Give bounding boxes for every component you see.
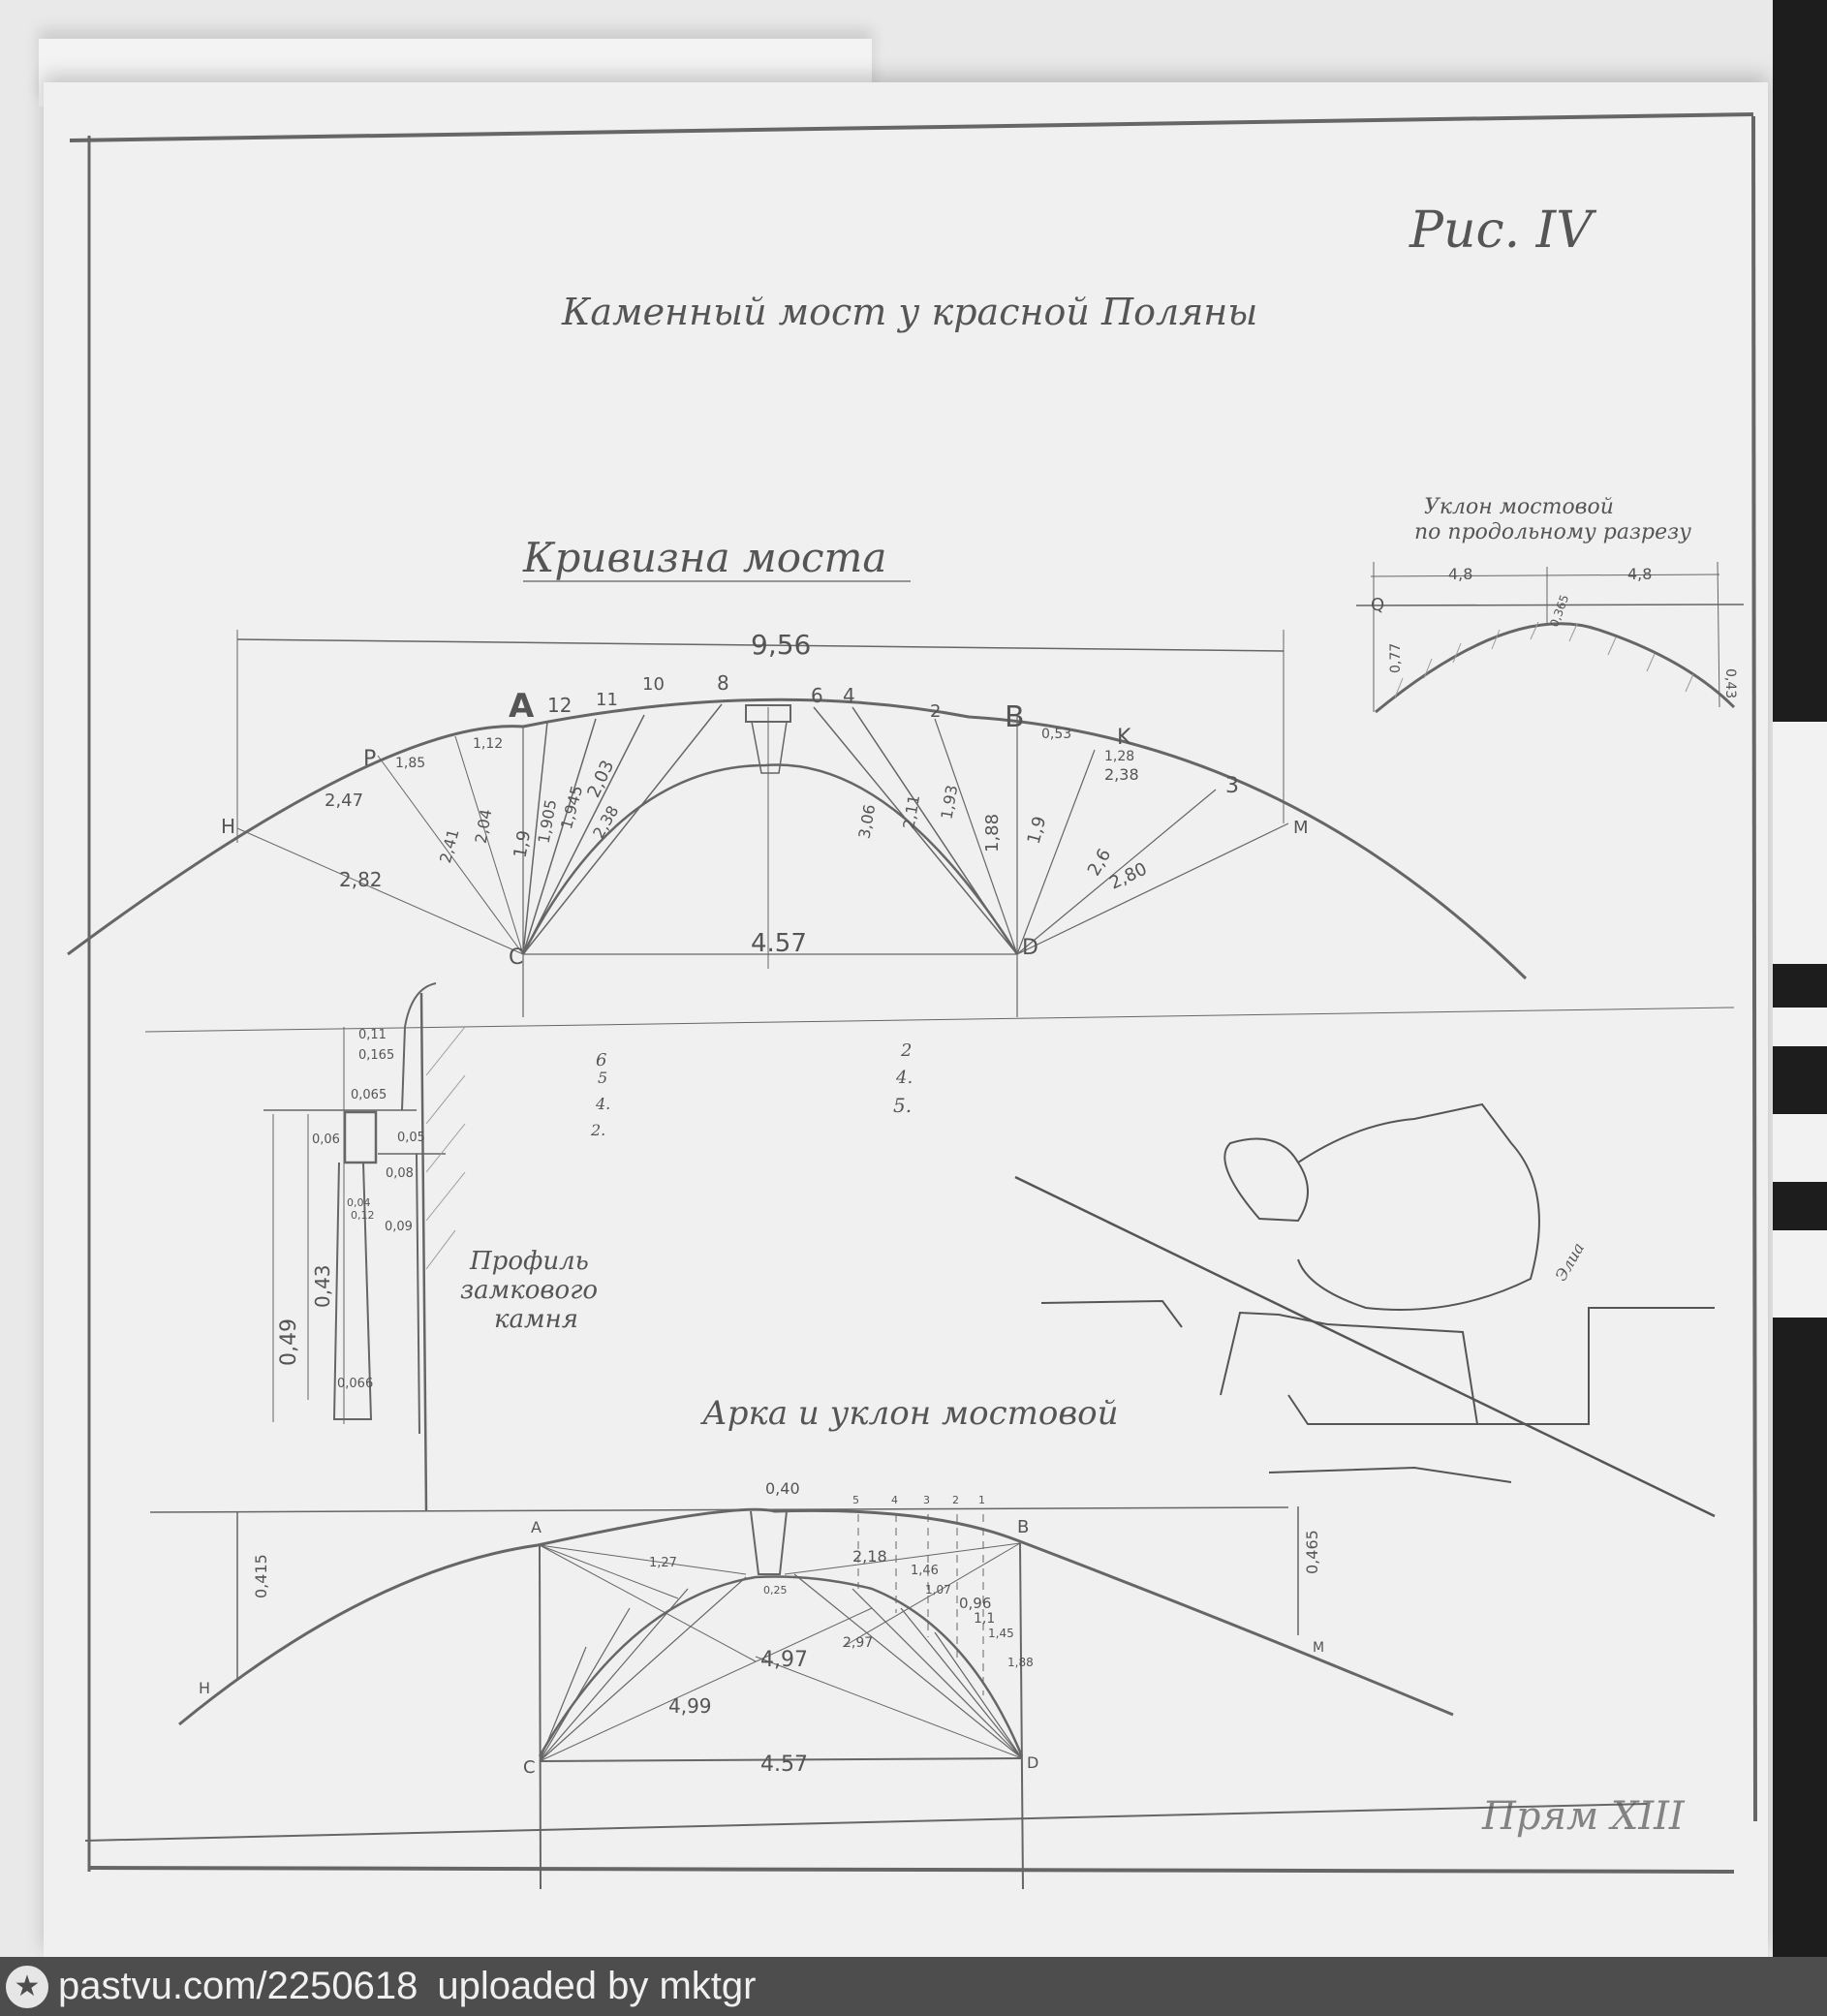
point-A: A — [509, 687, 535, 726]
arch-dim-2-18: 2,18 — [852, 1547, 887, 1566]
arch-right-rise: 0,465 — [1303, 1530, 1321, 1574]
slope-right-drop: 0,43 — [1722, 668, 1738, 698]
point-6: 6 — [811, 684, 823, 707]
ks-dim-0-066: 0,066 — [337, 1377, 373, 1391]
uploader-text: uploaded by mktgr — [437, 1965, 756, 2008]
dim-2-80: 2,80 — [1106, 859, 1150, 894]
point-H: H — [221, 815, 235, 838]
arch-point-A: A — [531, 1518, 542, 1536]
curvature-diagram — [68, 630, 1734, 1032]
dim-1-9-right: 1,9 — [1024, 814, 1051, 846]
keystone-title-line2: замкового — [460, 1276, 598, 1305]
ks-dim-0-12: 0,12 — [351, 1209, 375, 1222]
loose-num: 5. — [893, 1094, 912, 1117]
ks-dim-0-06: 0,06 — [312, 1132, 340, 1147]
arch-top-5: 5 — [852, 1494, 859, 1506]
dim-2-47: 2,47 — [325, 791, 363, 811]
dim-2-03: 2,03 — [583, 758, 618, 801]
dim-1-88: 1,88 — [982, 814, 1003, 853]
dim-3-06: 3,06 — [854, 803, 879, 840]
point-8: 8 — [717, 671, 729, 695]
ks-dim-0-165: 0,165 — [358, 1048, 394, 1063]
arch-top-3: 3 — [923, 1494, 930, 1506]
point-P: P — [363, 747, 376, 771]
loose-num: 5 — [598, 1069, 607, 1087]
point-B: B — [1005, 700, 1025, 734]
figure-label: Рис. IV — [1409, 202, 1596, 260]
slope-left-drop: 0,77 — [1388, 643, 1404, 673]
dim-1-9: 1,9 — [510, 829, 535, 860]
loose-num: 4. — [595, 1095, 610, 1113]
ks-dim-0-08: 0,08 — [386, 1166, 414, 1181]
figure-sketch — [1015, 1104, 1715, 1516]
point-12: 12 — [547, 694, 572, 717]
dim-1-28: 1,28 — [1104, 749, 1134, 764]
source-footer: ★ pastvu.com/2250618 uploaded by mktgr — [0, 1957, 1827, 2016]
ks-dim-0-05: 0,05 — [397, 1131, 425, 1145]
frame-top — [70, 114, 1753, 140]
star-icon: ★ — [6, 1966, 48, 2008]
keystone-profile-diagram — [263, 983, 446, 1511]
ks-dim-0-04: 0,04 — [347, 1196, 371, 1209]
loose-num: 2 — [900, 1040, 912, 1061]
ks-dim-0-065: 0,065 — [351, 1088, 387, 1102]
loose-num: 4. — [895, 1068, 913, 1088]
frame-right — [1753, 116, 1755, 1821]
ks-dim-0-49: 0,49 — [277, 1318, 301, 1366]
arch-point-M: M — [1313, 1640, 1324, 1656]
ks-dim-0-09: 0,09 — [385, 1220, 413, 1234]
curvature-base-span: 4.57 — [751, 929, 807, 958]
point-3: 3 — [1225, 774, 1239, 798]
point-4: 4 — [843, 684, 855, 707]
dim-2-11: 2,11 — [899, 793, 923, 830]
frame-bottom — [89, 1868, 1734, 1872]
slope-diagram — [1356, 562, 1744, 712]
ks-dim-0-43: 0,43 — [311, 1264, 334, 1308]
keystone-title-line1: Профиль — [469, 1247, 589, 1276]
point-K: K — [1117, 726, 1131, 750]
dim-1-12: 1,12 — [473, 736, 503, 752]
loose-num: 2. — [590, 1121, 605, 1139]
sheet-title: Каменный мост у красной Поляны — [561, 291, 1257, 333]
slope-title-line1: Уклон мостовой — [1424, 495, 1614, 519]
point-C: C — [509, 946, 523, 970]
arch-dim-4-99: 4,99 — [668, 1694, 712, 1718]
dim-2-41: 2,41 — [436, 827, 463, 865]
hatching — [426, 622, 1693, 1269]
loose-num: 6 — [596, 1050, 606, 1070]
slope-title-line2: по продольному разрезу — [1414, 520, 1691, 544]
arch-dim-2-97: 2,97 — [843, 1635, 873, 1651]
arch-top-2: 2 — [952, 1494, 959, 1506]
arch-point-D: D — [1027, 1753, 1038, 1772]
point-M: M — [1293, 818, 1309, 838]
signature: Прям XIII — [1481, 1794, 1686, 1839]
point-11: 11 — [596, 690, 618, 710]
arch-base-span: 4.57 — [760, 1752, 808, 1777]
arch-diagram — [150, 1506, 1453, 1889]
sketch-caption: Элиа — [1552, 1239, 1589, 1284]
arch-dim-1-88: 1,88 — [1007, 1656, 1034, 1669]
source-link[interactable]: pastvu.com/2250618 — [58, 1965, 418, 2008]
keystone-title-line3: камня — [494, 1305, 578, 1334]
arch-dim-1-07: 1,07 — [925, 1583, 951, 1597]
arch-point-B: B — [1017, 1517, 1029, 1537]
arch-dim-0-96: 0,96 — [959, 1595, 991, 1612]
point-10: 10 — [642, 674, 665, 695]
arch-dim-1-45: 1,45 — [988, 1627, 1014, 1640]
point-2: 2 — [930, 701, 941, 722]
arch-left-rise: 0,415 — [252, 1554, 270, 1598]
arch-point-H: H — [199, 1679, 210, 1697]
slope-right-half: 4,8 — [1627, 565, 1652, 583]
arch-dim-4-97: 4,97 — [760, 1648, 808, 1672]
dim-1-85: 1,85 — [395, 756, 425, 771]
arch-point-C: C — [523, 1757, 536, 1778]
dim-0-53: 0,53 — [1041, 727, 1071, 742]
curvature-title: Кривизна моста — [522, 534, 886, 581]
engineering-drawing: Рис. IV Каменный мост у красной Поляны К… — [0, 0, 1827, 1957]
ks-dim-0-11: 0,11 — [358, 1028, 387, 1042]
arch-title: Арка и уклон мостовой — [700, 1394, 1119, 1433]
arch-keystone-width: 0,40 — [765, 1479, 800, 1498]
dim-1-93: 1,93 — [937, 784, 961, 821]
dim-2-38-right: 2,38 — [1104, 765, 1139, 784]
dim-2-04: 2,04 — [472, 808, 496, 845]
arch-keystone-bottom: 0,25 — [763, 1584, 788, 1597]
slope-point-Q: Q — [1371, 595, 1384, 615]
arch-dim-1-1: 1,1 — [974, 1611, 995, 1627]
dim-1-945: 1,945 — [557, 784, 586, 831]
arch-dim-1-27: 1,27 — [649, 1556, 677, 1570]
span-total: 9,56 — [751, 629, 811, 661]
slope-left-half: 4,8 — [1448, 565, 1472, 583]
point-D: D — [1022, 936, 1038, 960]
arch-top-1: 1 — [978, 1494, 985, 1506]
dim-2-82: 2,82 — [339, 868, 383, 891]
arch-top-4: 4 — [891, 1494, 898, 1506]
arch-dim-1-46: 1,46 — [911, 1564, 939, 1578]
